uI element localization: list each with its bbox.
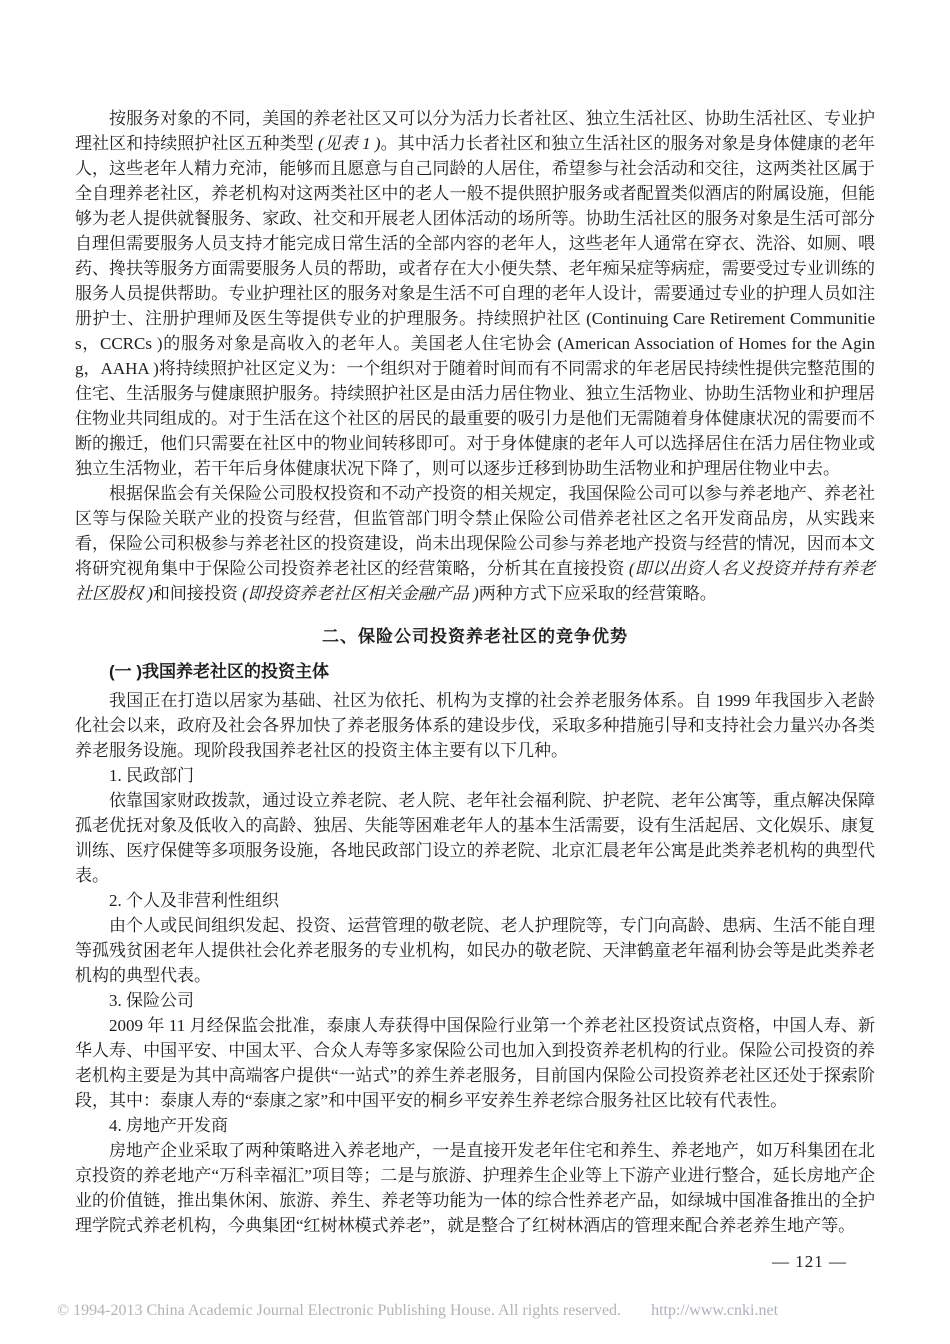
- investor-item-body-nonprofit: 由个人或民间组织发起、投资、运营管理的敬老院、老人护理院等，专门向高龄、患病、生…: [75, 913, 875, 988]
- investor-item-title-civil-affairs: 1. 民政部门: [75, 763, 875, 788]
- investor-item-title-nonprofit: 2. 个人及非营利性组织: [75, 888, 875, 913]
- subsection-heading: (一 )我国养老社区的投资主体: [75, 659, 875, 684]
- paragraph-investor-intro: 我国正在打造以居家为基础、社区为依托、机构为支撑的社会养老服务体系。自 1999…: [75, 688, 875, 763]
- investor-item-body-insurance: 2009 年 11 月经保监会批准，泰康人寿获得中国保险行业第一个养老社区投资试…: [75, 1013, 875, 1113]
- footer-url: http://www.cnki.net: [651, 1302, 778, 1319]
- investor-item-body-civil-affairs: 依靠国家财政拨款，通过设立养老院、老人院、老年社会福利院、护老院、老年公寓等，重…: [75, 788, 875, 888]
- investor-item-title-developer: 4. 房地产开发商: [75, 1113, 875, 1138]
- investor-item-title-insurance: 3. 保险公司: [75, 988, 875, 1013]
- parenthetical-indirect-investment: (即投资养老社区相关金融产品 ): [242, 584, 479, 603]
- paragraph-text: 两种方式下应采取的经营策略。: [479, 584, 717, 603]
- investor-item-body-developer: 房地产企业采取了两种策略进入养老地产，一是直接开发老年住宅和养生、养老地产，如万…: [75, 1138, 875, 1238]
- paragraph-us-community-types: 按服务对象的不同，美国的养老社区又可以分为活力长者社区、独立生活社区、协助生活社…: [75, 106, 875, 481]
- paragraph-regulation: 根据保监会有关保险公司股权投资和不动产投资的相关规定，我国保险公司可以参与养老地…: [75, 481, 875, 606]
- table-reference: (见表 1 ): [318, 134, 381, 153]
- copyright-text: © 1994-2013 China Academic Journal Elect…: [57, 1302, 621, 1319]
- page-content: 按服务对象的不同，美国的养老社区又可以分为活力长者社区、独立生活社区、协助生活社…: [75, 106, 875, 1272]
- page-number: — 121 —: [75, 1252, 875, 1272]
- section-heading: 二、保险公司投资养老社区的竞争优势: [75, 622, 875, 647]
- journal-page: 按服务对象的不同，美国的养老社区又可以分为活力长者社区、独立生活社区、协助生活社…: [0, 0, 950, 1344]
- paragraph-text: 和间接投资: [153, 584, 242, 603]
- paragraph-text: 。其中活力长者社区和独立生活社区的服务对象是身体健康的老年人，这些老年人精力充沛…: [75, 134, 875, 478]
- copyright-footer: © 1994-2013 China Academic Journal Elect…: [57, 1302, 917, 1320]
